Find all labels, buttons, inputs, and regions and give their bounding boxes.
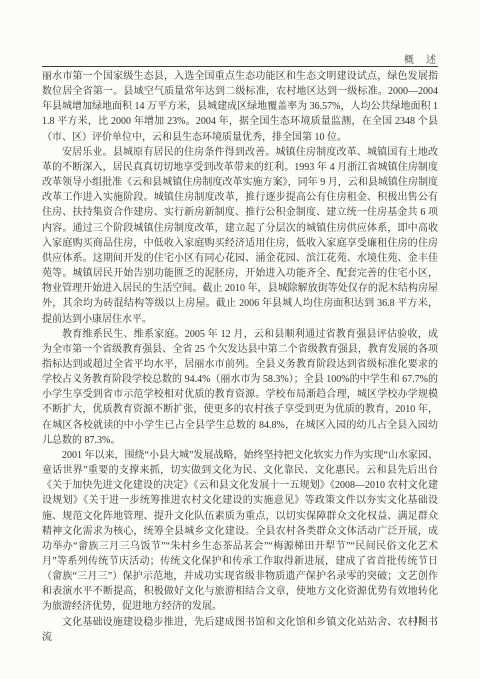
paragraph-education: 教育维系民生、维系家庭。2005 年 12 月，云和县顺利通过省教育强县评估验收… [42, 327, 438, 448]
paragraph-culture-infrastructure: 文化基础设施建设稳步推进，先后建成图书馆和文化馆和乡镇文化站站舍、农村图书流 [42, 615, 438, 645]
body-text: 丽水市第一个国家级生态县，入选全国重点生态功能区和生态文明建设试点，绿色发展指数… [42, 69, 438, 645]
paragraph-housing: 安居乐业。县城原有居民的住房条件得到改善。城镇住房制度改革、城镇国有土地改革的不… [42, 145, 438, 327]
header-rule [42, 66, 438, 67]
paragraph-culture: 2001 年以来，围绕“小县大城”发展战略，始终坚持把文化软实力作为实现“山水家… [42, 448, 438, 615]
page-number: 11 [414, 616, 423, 626]
running-header: 概 述 [404, 51, 437, 66]
document-page: 概 述 丽水市第一个国家级生态县，入选全国重点生态功能区和生态文明建设试点，绿色… [0, 0, 480, 679]
paragraph-ecology: 丽水市第一个国家级生态县，入选全国重点生态功能区和生态文明建设试点，绿色发展指数… [42, 69, 438, 145]
